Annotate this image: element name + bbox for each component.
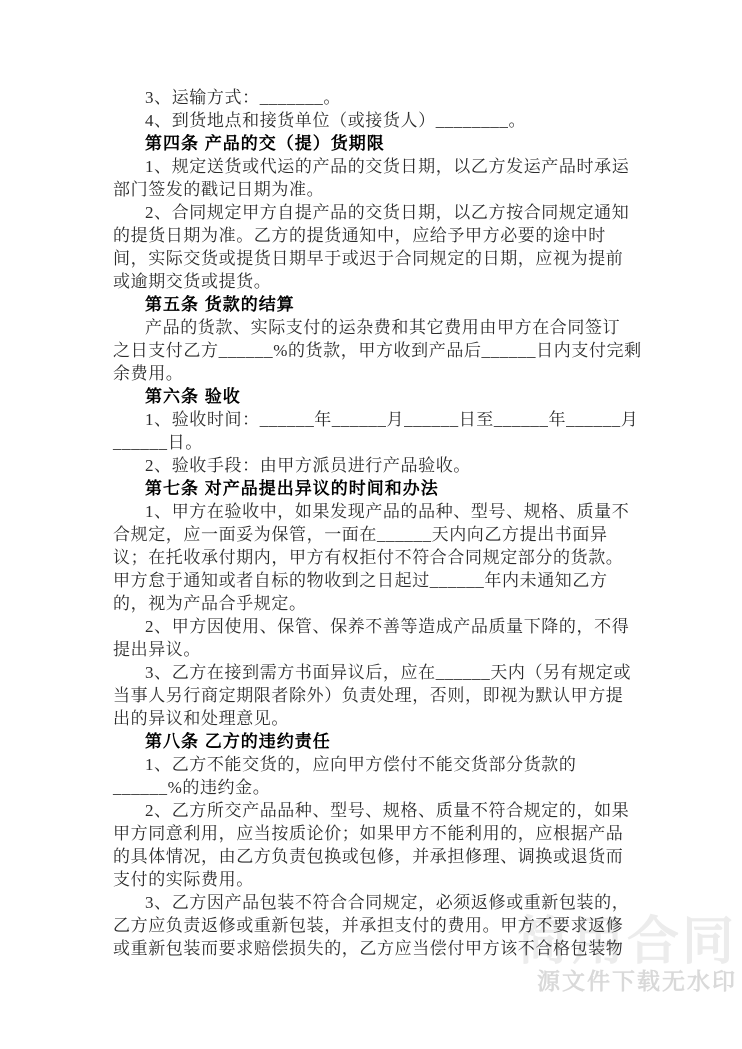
contract-text-line: 之日支付乙方______%的货款，甲方收到产品后______日内支付完剩 [113, 339, 635, 362]
contract-text-line: 的，视为产品合乎规定。 [113, 592, 635, 615]
contract-text-line: 4、到货地点和接货单位（或接货人）________。 [113, 109, 635, 132]
contract-text-line: 合规定，应一面妥为保管，一面在______天内向乙方提出书面异 [113, 523, 635, 546]
contract-text-line: 2、合同规定甲方自提产品的交货日期，以乙方按合同规定通知 [113, 201, 635, 224]
contract-text-line: 的具体情况，由乙方负责包换或包修，并承担修理、调换或退货而 [113, 845, 635, 868]
contract-text-line: 1、乙方不能交货的，应向甲方偿付不能交货部分货款的 [113, 753, 635, 776]
contract-text-line: 或重新包装而要求赔偿损失的，乙方应当偿付甲方该不合格包装物 [113, 937, 635, 960]
clause-heading: 第七条 对产品提出异议的时间和办法 [113, 477, 635, 500]
contract-text-line: ______%的违约金。 [113, 776, 635, 799]
contract-text-line: 甲方怠于通知或者自标的物收到之日起过______年内未通知乙方 [113, 569, 635, 592]
contract-text-line: 2、验收手段：由甲方派员进行产品验收。 [113, 454, 635, 477]
contract-text-line: 或逾期交货或提货。 [113, 270, 635, 293]
contract-text-body: 3、运输方式：_______。4、到货地点和接货单位（或接货人）________… [113, 86, 635, 960]
contract-text-line: 2、甲方因使用、保管、保养不善等造成产品质量下降的，不得 [113, 615, 635, 638]
contract-text-line: 3、乙方在接到需方书面异议后，应在______天内（另有规定或 [113, 661, 635, 684]
clause-heading: 第八条 乙方的违约责任 [113, 730, 635, 753]
contract-text-line: 当事人另行商定期限者除外）负责处理，否则，即视为默认甲方提 [113, 684, 635, 707]
contract-text-line: 3、运输方式：_______。 [113, 86, 635, 109]
contract-text-line: 3、乙方因产品包装不符合合同规定，必须返修或重新包装的， [113, 891, 635, 914]
contract-document-page: 简用合同 源文件下载无水印 3、运输方式：_______。4、到货地点和接货单位… [0, 0, 742, 1049]
clause-heading: 第四条 产品的交（提）货期限 [113, 132, 635, 155]
contract-text-line: 余费用。 [113, 362, 635, 385]
contract-text-line: 2、乙方所交产品品种、型号、规格、质量不符合规定的，如果 [113, 799, 635, 822]
contract-text-line: 1、规定送货或代运的产品的交货日期，以乙方发运产品时承运 [113, 155, 635, 178]
contract-text-line: 的提货日期为准。乙方的提货通知中，应给予甲方必要的途中时 [113, 224, 635, 247]
contract-text-line: 1、甲方在验收中，如果发现产品的品种、型号、规格、质量不 [113, 500, 635, 523]
watermark-subtitle-text: 源文件下载无水印 [517, 968, 737, 994]
contract-text-line: 1、验收时间：______年______月______日至______年____… [113, 408, 635, 431]
contract-text-line: 支付的实际费用。 [113, 868, 635, 891]
contract-text-line: ______日。 [113, 431, 635, 454]
contract-text-line: 议；在托收承付期内，甲方有权拒付不符合合同规定部分的货款。 [113, 546, 635, 569]
contract-text-line: 提出异议。 [113, 638, 635, 661]
contract-text-line: 出的异议和处理意见。 [113, 707, 635, 730]
contract-text-line: 产品的货款、实际支付的运杂费和其它费用由甲方在合同签订 [113, 316, 635, 339]
clause-heading: 第六条 验收 [113, 385, 635, 408]
contract-text-line: 部门签发的戳记日期为准。 [113, 178, 635, 201]
clause-heading: 第五条 货款的结算 [113, 293, 635, 316]
contract-text-line: 间，实际交货或提货日期早于或迟于合同规定的日期，应视为提前 [113, 247, 635, 270]
contract-text-line: 乙方应负责返修或重新包装，并承担支付的费用。甲方不要求返修 [113, 914, 635, 937]
contract-text-line: 甲方同意利用，应当按质论价；如果甲方不能利用的，应根据产品 [113, 822, 635, 845]
